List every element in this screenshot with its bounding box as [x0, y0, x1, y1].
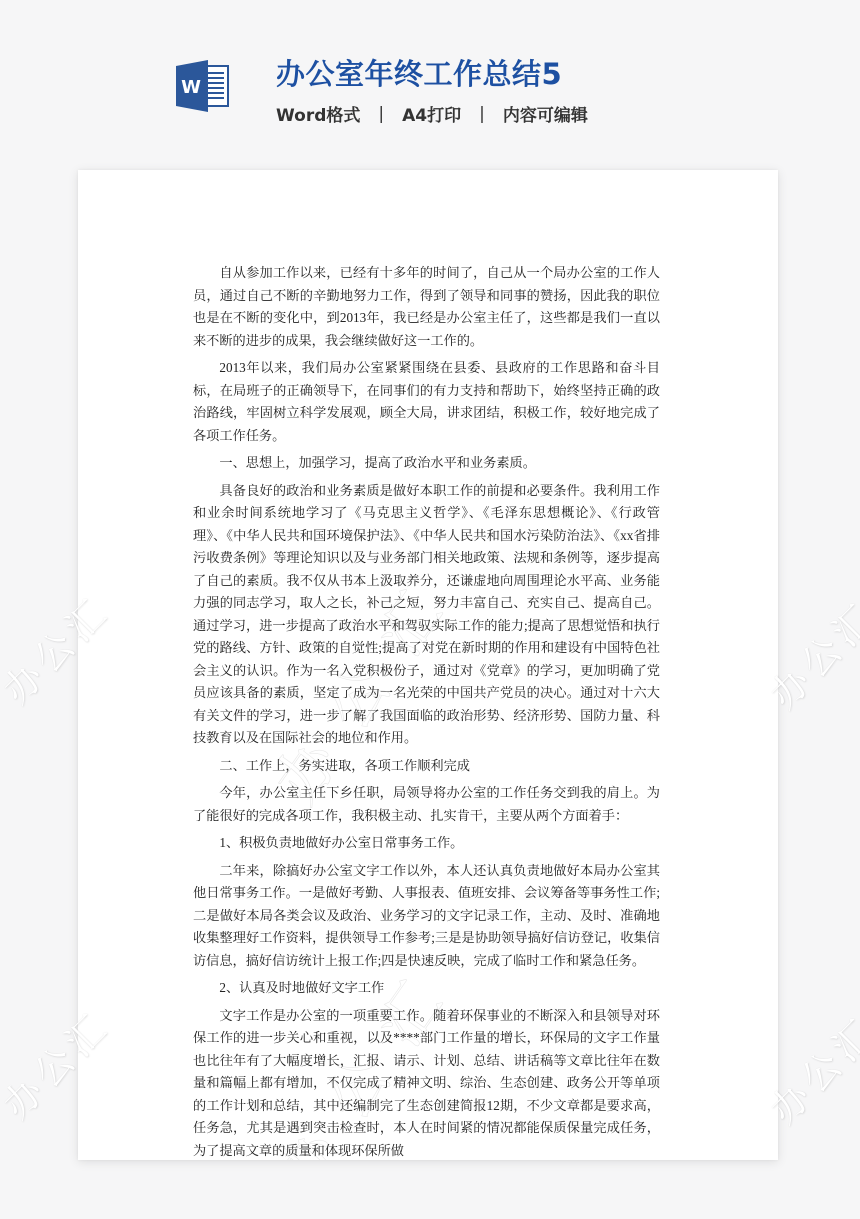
section-heading: 一、思想上，加强学习，提高了政治水平和业务素质。 [193, 452, 660, 475]
section-heading: 二、工作上，务实进取，各项工作顺利完成 [193, 755, 660, 778]
subsection-heading: 1、积极负责地做好办公室日常事务工作。 [193, 832, 660, 855]
feature-a4-print: A4打印 [402, 101, 461, 126]
separator: | [479, 104, 485, 124]
feature-word-format: Word格式 [276, 101, 360, 126]
document-header: W 办公室年终工作总结5 Word格式 | A4打印 | 内容可编辑 [0, 0, 860, 150]
paragraph: 二年来，除搞好办公室文字工作以外，本人还认真负责地做好本局办公室其他日常事务工作… [193, 860, 660, 973]
subsection-heading: 2、认真及时地做好文字工作 [193, 977, 660, 1000]
document-title: 办公室年终工作总结5 [276, 52, 562, 93]
document-page: 自从参加工作以来，已经有十多年的时间了，自己从一个局办公室的工作人员，通过自己不… [78, 170, 778, 1160]
paragraph: 今年，办公室主任下乡任职，局领导将办公室的工作任务交到我的肩上。为了能很好的完成… [193, 782, 660, 827]
document-body: 自从参加工作以来，已经有十多年的时间了，自己从一个局办公室的工作人员，通过自己不… [193, 262, 660, 1160]
separator: | [378, 104, 384, 124]
paragraph: 文字工作是办公室的一项重要工作。随着环保事业的不断深入和县领导对环保工作的进一步… [193, 1005, 660, 1161]
document-features: Word格式 | A4打印 | 内容可编辑 [276, 101, 588, 126]
feature-editable: 内容可编辑 [503, 101, 588, 126]
paragraph: 2013年以来，我们局办公室紧紧围绕在县委、县政府的工作思路和奋斗目标，在局班子… [193, 357, 660, 447]
svg-text:W: W [181, 77, 201, 98]
word-document-icon: W [176, 60, 230, 112]
paragraph: 自从参加工作以来，已经有十多年的时间了，自己从一个局办公室的工作人员，通过自己不… [193, 262, 660, 352]
paragraph: 具备良好的政治和业务素质是做好本职工作的前提和必要条件。我利用工作和业余时间系统… [193, 480, 660, 750]
